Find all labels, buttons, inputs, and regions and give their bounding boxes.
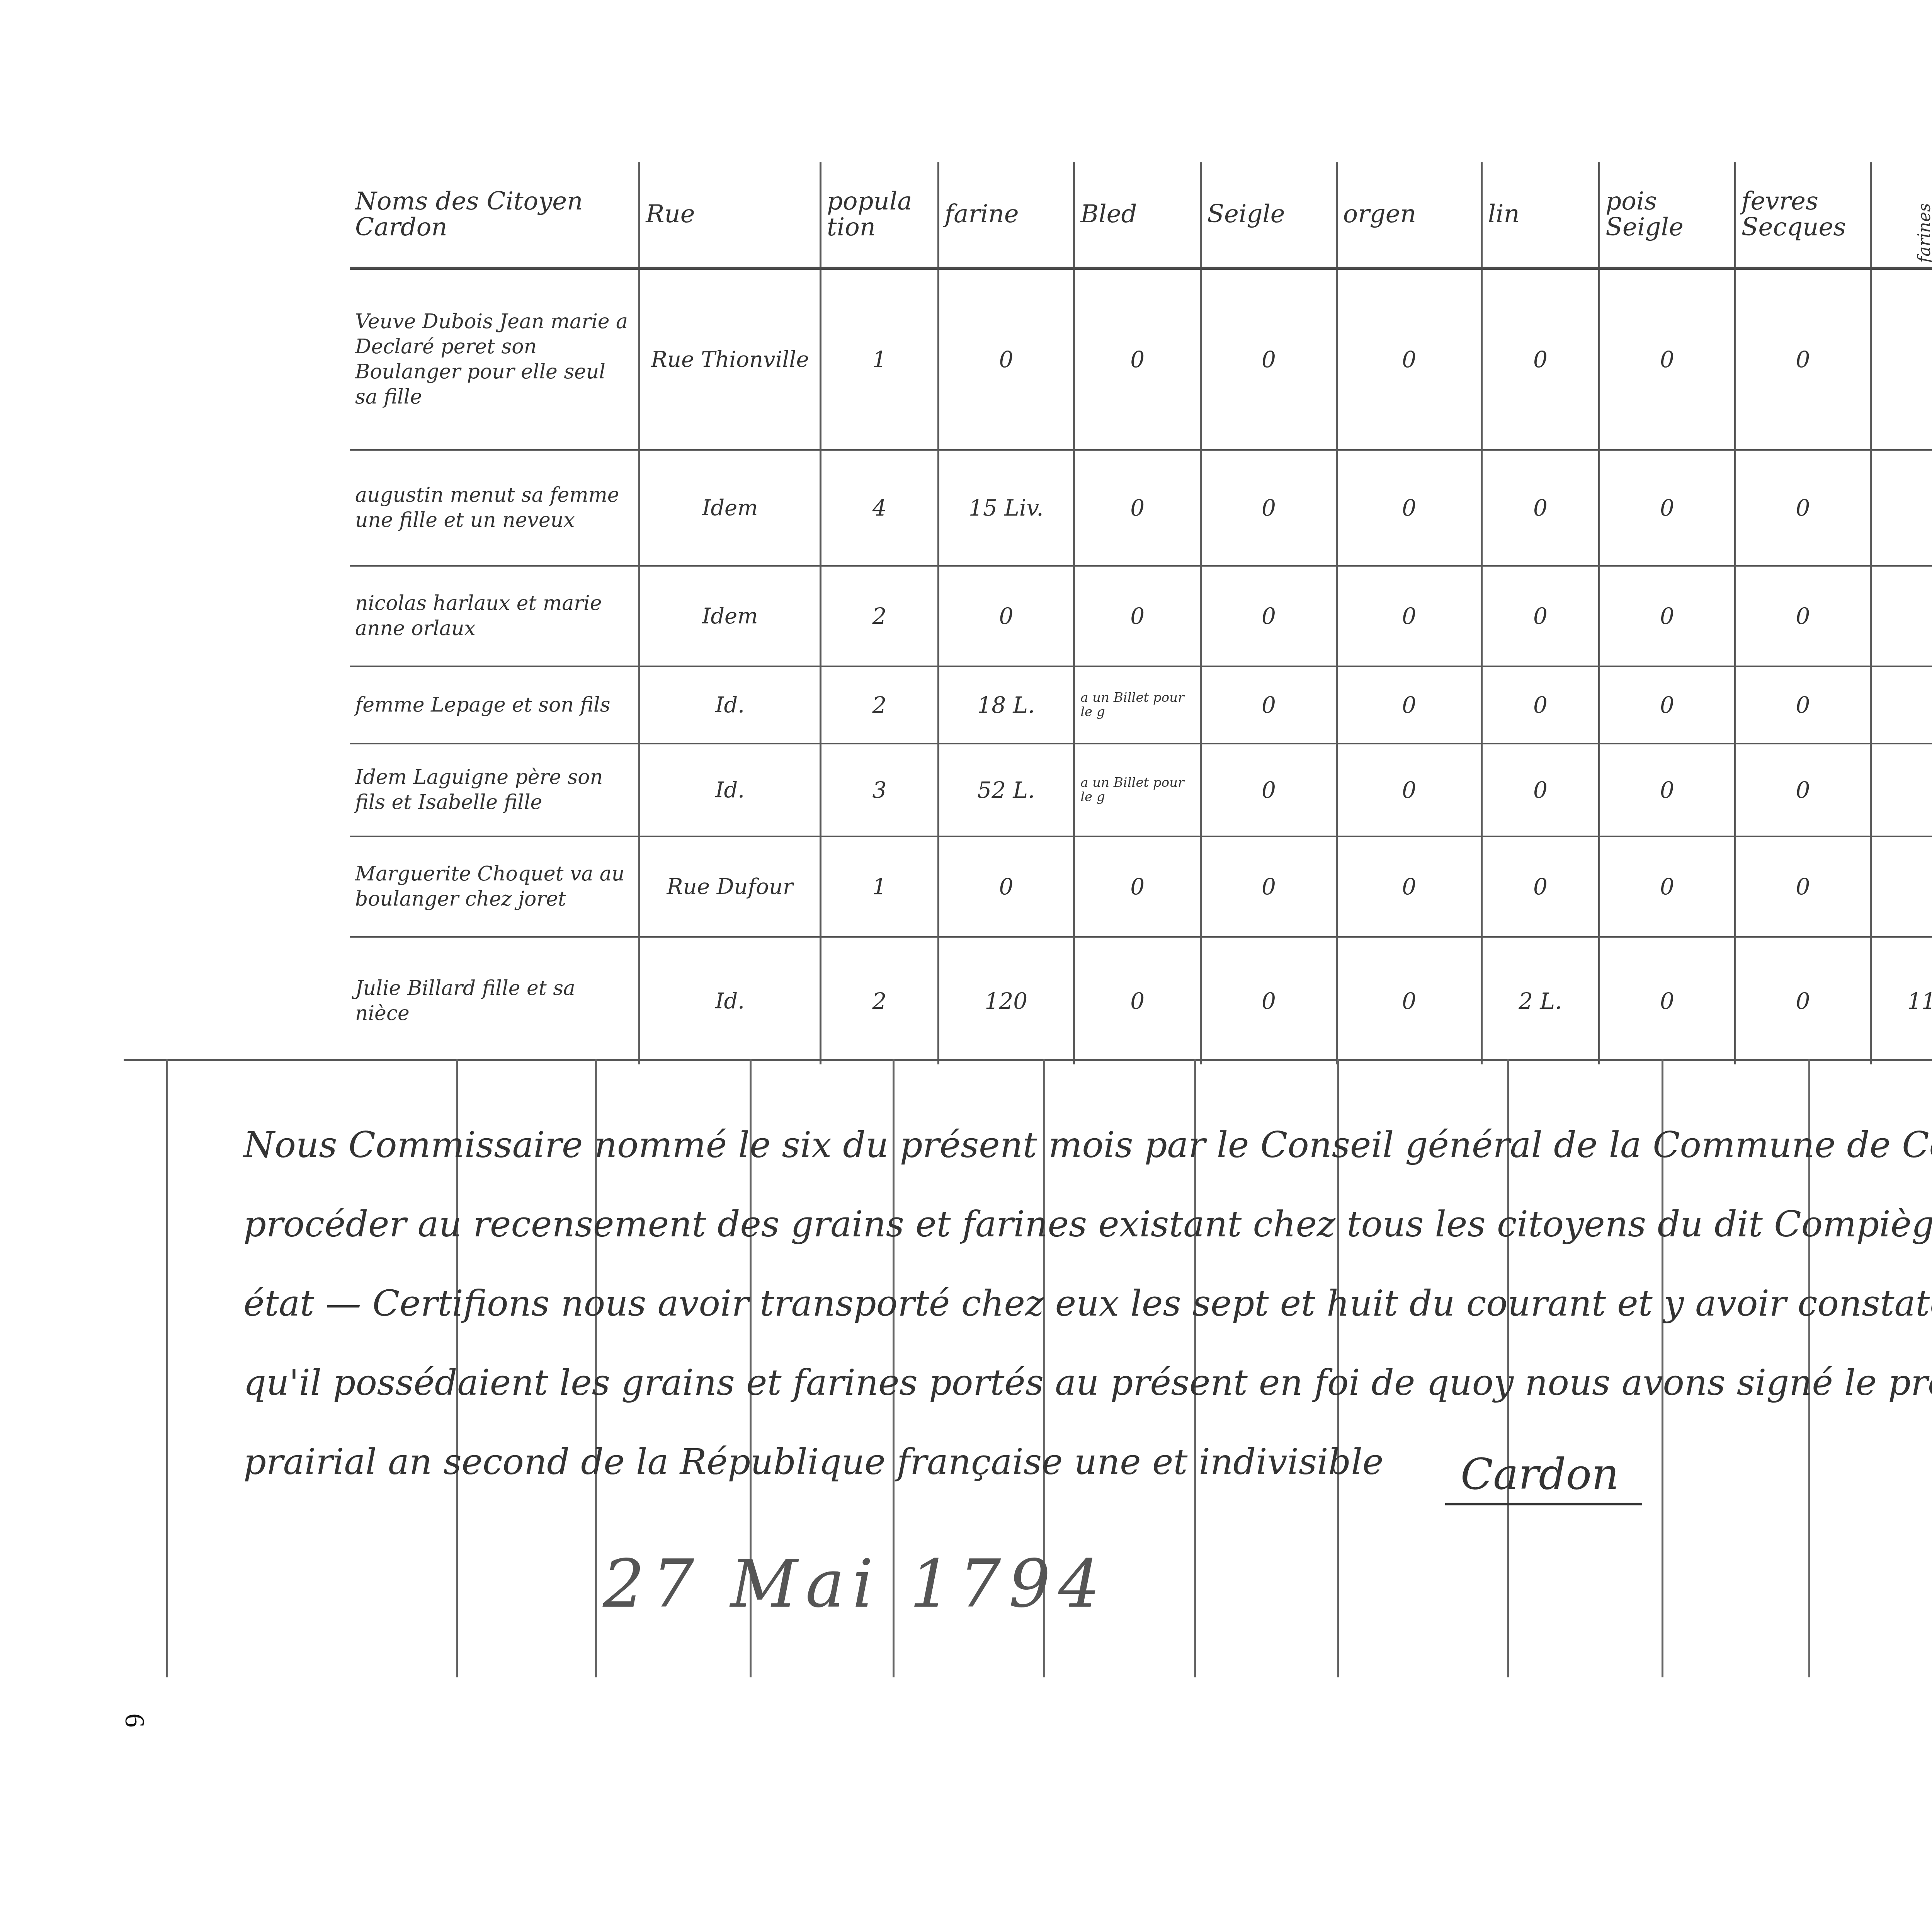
cell-orge: 0 [1337, 566, 1481, 666]
cell-farine-laissee [1871, 268, 1932, 450]
cell-farine: 0 [938, 566, 1074, 666]
table-row: Julie Billard fille et sa nièceId.212000… [350, 937, 1932, 1064]
cell-rue: Id. [639, 744, 821, 836]
requisition-register-table: Noms des Citoyen Cardon Rue popula tion … [350, 162, 1932, 1064]
cell-bled: a un Billet pour le g [1074, 744, 1201, 836]
cell-lin: 0 [1481, 666, 1599, 744]
cell-pois: 0 [1599, 566, 1735, 666]
cell-nom: Idem Laguigne père son fils et Isabelle … [350, 744, 639, 836]
certification-line: Nous Commissaire nommé le six du présent… [243, 1105, 1932, 1185]
col-header-pois: pois Seigle [1599, 162, 1735, 268]
cell-pois: 0 [1599, 836, 1735, 937]
col-header-feves: fevres Secques [1735, 162, 1871, 268]
cell-nom: Julie Billard fille et sa nièce [350, 937, 639, 1064]
ruled-line [166, 1059, 168, 1677]
col-header-farine-laissee: farines laissée au propriétaire [1871, 162, 1932, 268]
cell-rue: Idem [639, 566, 821, 666]
cell-seigle: 0 [1201, 268, 1337, 450]
cell-orge: 0 [1337, 666, 1481, 744]
table-row: Marguerite Choquet va au boulanger chez … [350, 836, 1932, 937]
cell-farine: 18 L. [938, 666, 1074, 744]
cell-population: 4 [821, 450, 939, 566]
certification-text: Nous Commissaire nommé le six du présent… [243, 1105, 1932, 1502]
cell-seigle: 0 [1201, 450, 1337, 566]
cell-population: 3 [821, 744, 939, 836]
cell-feves: 0 [1735, 836, 1871, 937]
certification-line: procéder au recensement des grains et fa… [243, 1185, 1932, 1264]
cell-rue: Rue Thionville [639, 268, 821, 450]
page-number: 6 [119, 1714, 151, 1728]
cell-population: 2 [821, 937, 939, 1064]
cell-nom: augustin menut sa femme une fille et un … [350, 450, 639, 566]
register-header-row: Noms des Citoyen Cardon Rue popula tion … [350, 162, 1932, 268]
cell-bled: 0 [1074, 937, 1201, 1064]
table-row: Idem Laguigne père son fils et Isabelle … [350, 744, 1932, 836]
cell-feves: 0 [1735, 268, 1871, 450]
cell-seigle: 0 [1201, 744, 1337, 836]
cell-rue: Rue Dufour [639, 836, 821, 937]
certification-divider [124, 1059, 1932, 1061]
col-header-lin: lin [1481, 162, 1599, 268]
col-header-population: popula tion [821, 162, 939, 268]
cell-lin: 0 [1481, 836, 1599, 937]
col-header-bled: Bled [1074, 162, 1201, 268]
table-row: femme Lepage et son filsId.218 L.a un Bi… [350, 666, 1932, 744]
cell-farine: 52 L. [938, 744, 1074, 836]
cell-pois: 0 [1599, 450, 1735, 566]
cell-pois: 0 [1599, 666, 1735, 744]
cell-rue: Id. [639, 666, 821, 744]
cell-pois: 0 [1599, 937, 1735, 1064]
cell-lin: 0 [1481, 450, 1599, 566]
cell-population: 1 [821, 268, 939, 450]
col-header-orge: orgen [1337, 162, 1481, 268]
register-body: Veuve Dubois Jean marie a Declaré peret … [350, 268, 1932, 1064]
date-annotation: 27 Mai 1794 [603, 1546, 1108, 1622]
col-header-farine-laissee-label: farines laissée au propriétaire [1915, 166, 1932, 263]
cell-bled: 0 [1074, 836, 1201, 937]
cell-feves: 0 [1735, 450, 1871, 566]
cell-seigle: 0 [1201, 566, 1337, 666]
cell-feves: 0 [1735, 937, 1871, 1064]
cell-farine-laissee [1871, 836, 1932, 937]
cell-farine-laissee [1871, 744, 1932, 836]
col-header-rue: Rue [639, 162, 821, 268]
cell-pois: 0 [1599, 744, 1735, 836]
certification-line: état — Certifions nous avoir transporté … [243, 1264, 1932, 1343]
cell-farine-laissee [1871, 566, 1932, 666]
cell-population: 2 [821, 666, 939, 744]
signature: Cardon [1445, 1449, 1642, 1505]
cell-lin: 2 L. [1481, 937, 1599, 1064]
cell-farine: 0 [938, 268, 1074, 450]
cell-farine: 15 Liv. [938, 450, 1074, 566]
certification-block: Nous Commissaire nommé le six du présent… [124, 1059, 1932, 1685]
cell-seigle: 0 [1201, 937, 1337, 1064]
table-row: Veuve Dubois Jean marie a Declaré peret … [350, 268, 1932, 450]
cell-orge: 0 [1337, 937, 1481, 1064]
cell-rue: Idem [639, 450, 821, 566]
col-header-seigle: Seigle [1201, 162, 1337, 268]
cell-farine-laissee: 110 L. [1871, 937, 1932, 1064]
cell-bled: a un Billet pour le g [1074, 666, 1201, 744]
cell-population: 2 [821, 566, 939, 666]
cell-bled: 0 [1074, 268, 1201, 450]
cell-population: 1 [821, 836, 939, 937]
cell-nom: Marguerite Choquet va au boulanger chez … [350, 836, 639, 937]
certification-line: prairial an second de la République fran… [243, 1422, 1932, 1502]
cell-feves: 0 [1735, 666, 1871, 744]
cell-orge: 0 [1337, 450, 1481, 566]
cell-farine-laissee [1871, 450, 1932, 566]
cell-lin: 0 [1481, 566, 1599, 666]
cell-feves: 0 [1735, 744, 1871, 836]
table-row: nicolas harlaux et marie anne orlauxIdem… [350, 566, 1932, 666]
cell-seigle: 0 [1201, 666, 1337, 744]
cell-farine-laissee [1871, 666, 1932, 744]
cell-lin: 0 [1481, 744, 1599, 836]
cell-bled: 0 [1074, 566, 1201, 666]
table-row: augustin menut sa femme une fille et un … [350, 450, 1932, 566]
certification-line: qu'il possédaient les grains et farines … [243, 1343, 1932, 1422]
cell-orge: 0 [1337, 268, 1481, 450]
cell-pois: 0 [1599, 268, 1735, 450]
cell-orge: 0 [1337, 744, 1481, 836]
cell-farine: 120 [938, 937, 1074, 1064]
cell-orge: 0 [1337, 836, 1481, 937]
cell-nom: nicolas harlaux et marie anne orlaux [350, 566, 639, 666]
cell-bled: 0 [1074, 450, 1201, 566]
col-header-farine: farine [938, 162, 1074, 268]
cell-nom: Veuve Dubois Jean marie a Declaré peret … [350, 268, 639, 450]
cell-farine: 0 [938, 836, 1074, 937]
col-header-nom: Noms des Citoyen Cardon [350, 162, 639, 268]
cell-nom: femme Lepage et son fils [350, 666, 639, 744]
cell-feves: 0 [1735, 566, 1871, 666]
cell-seigle: 0 [1201, 836, 1337, 937]
cell-rue: Id. [639, 937, 821, 1064]
cell-lin: 0 [1481, 268, 1599, 450]
